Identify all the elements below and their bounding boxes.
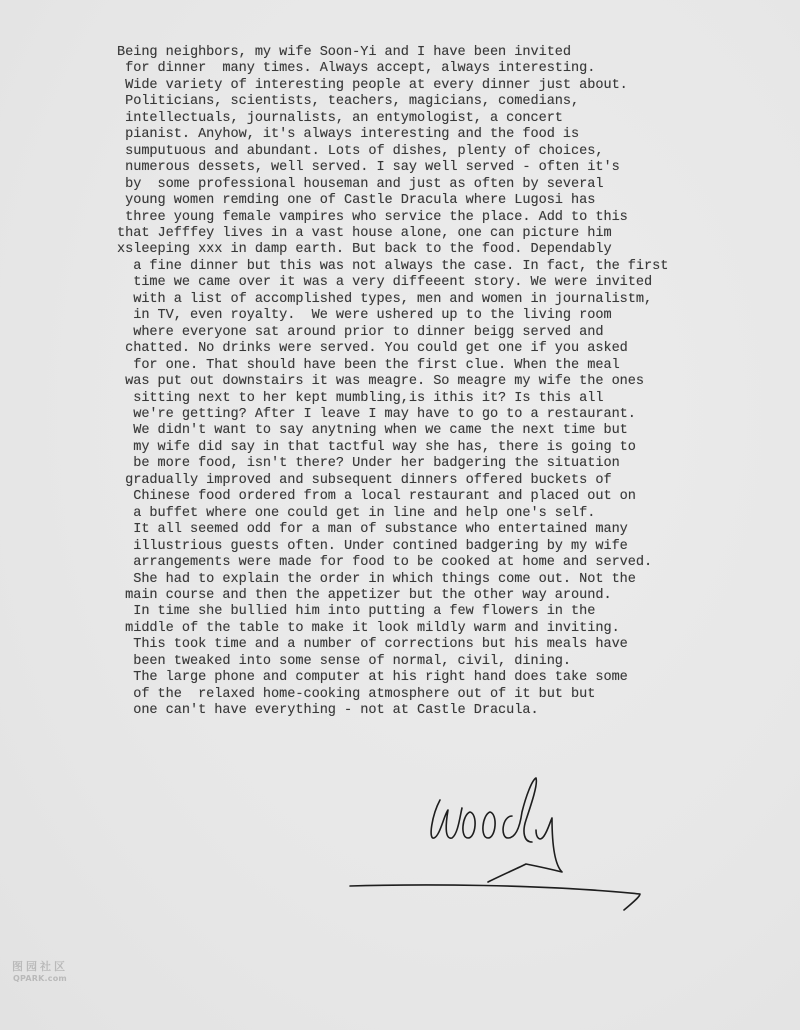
letter-line: The large phone and computer at his righ… [117, 670, 757, 686]
letter-line: for dinner many times. Always accept, al… [117, 61, 757, 77]
letter-line: of the relaxed home-cooking atmosphere o… [117, 687, 757, 703]
letter-line: pianist. Anyhow, it's always interesting… [117, 127, 757, 143]
letter-line: been tweaked into some sense of normal, … [117, 654, 757, 670]
letter-line: that Jefffey lives in a vast house alone… [117, 226, 757, 242]
letter-line: middle of the table to make it look mild… [117, 621, 757, 637]
letter-line: sitting next to her kept mumbling,is ith… [117, 391, 757, 407]
letter-line: Politicians, scientists, teachers, magic… [117, 94, 757, 110]
letter-line: main course and then the appetizer but t… [117, 588, 757, 604]
letter-line: She had to explain the order in which th… [117, 572, 757, 588]
letter-line: chatted. No drinks were served. You coul… [117, 341, 757, 357]
letter-line: young women remding one of Castle Dracul… [117, 193, 757, 209]
signature-scribble-icon [340, 760, 680, 930]
letter-line: xsleeping xxx in damp earth. But back to… [117, 242, 757, 258]
letter-line: a fine dinner but this was not always th… [117, 259, 757, 275]
letter-line: In time she bullied him into putting a f… [117, 604, 757, 620]
letter-line: in TV, even royalty. We were ushered up … [117, 308, 757, 324]
letter-line: arrangements were made for food to be co… [117, 555, 757, 571]
letter-line: Wide variety of interesting people at ev… [117, 78, 757, 94]
letter-line: time we came over it was a very diffeeen… [117, 275, 757, 291]
letter-line: where everyone sat around prior to dinne… [117, 325, 757, 341]
letter-line: by some professional houseman and just a… [117, 177, 757, 193]
letter-line: be more food, isn't there? Under her bad… [117, 456, 757, 472]
letter-line: with a list of accomplished types, men a… [117, 292, 757, 308]
watermark-site-text: QPARK.com [8, 974, 72, 983]
letter-line: It all seemed odd for a man of substance… [117, 522, 757, 538]
letter-line: We didn't want to say anytning when we c… [117, 423, 757, 439]
letter-line: one can't have everything - not at Castl… [117, 703, 757, 719]
letter-line: Chinese food ordered from a local restau… [117, 489, 757, 505]
letter-line: This took time and a number of correctio… [117, 637, 757, 653]
letter-line: Being neighbors, my wife Soon-Yi and I h… [117, 45, 757, 61]
signature [340, 760, 680, 930]
letter-line: was put out downstairs it was meagre. So… [117, 374, 757, 390]
letter-body: Being neighbors, my wife Soon-Yi and I h… [117, 45, 757, 720]
letter-line: numerous dessets, well served. I say wel… [117, 160, 757, 176]
letter-line: illustrious guests often. Under contined… [117, 539, 757, 555]
watermark-logo-text: 图园社区 [8, 958, 72, 974]
watermark: 图园社区 QPARK.com [8, 958, 72, 983]
letter-line: we're getting? After I leave I may have … [117, 407, 757, 423]
letter-line: intellectuals, journalists, an entymolog… [117, 111, 757, 127]
letter-line: gradually improved and subsequent dinner… [117, 473, 757, 489]
letter-line: my wife did say in that tactful way she … [117, 440, 757, 456]
letter-line: a buffet where one could get in line and… [117, 506, 757, 522]
letter-line: three young female vampires who service … [117, 210, 757, 226]
letter-line: for one. That should have been the first… [117, 358, 757, 374]
letter-line: sumputuous and abundant. Lots of dishes,… [117, 144, 757, 160]
